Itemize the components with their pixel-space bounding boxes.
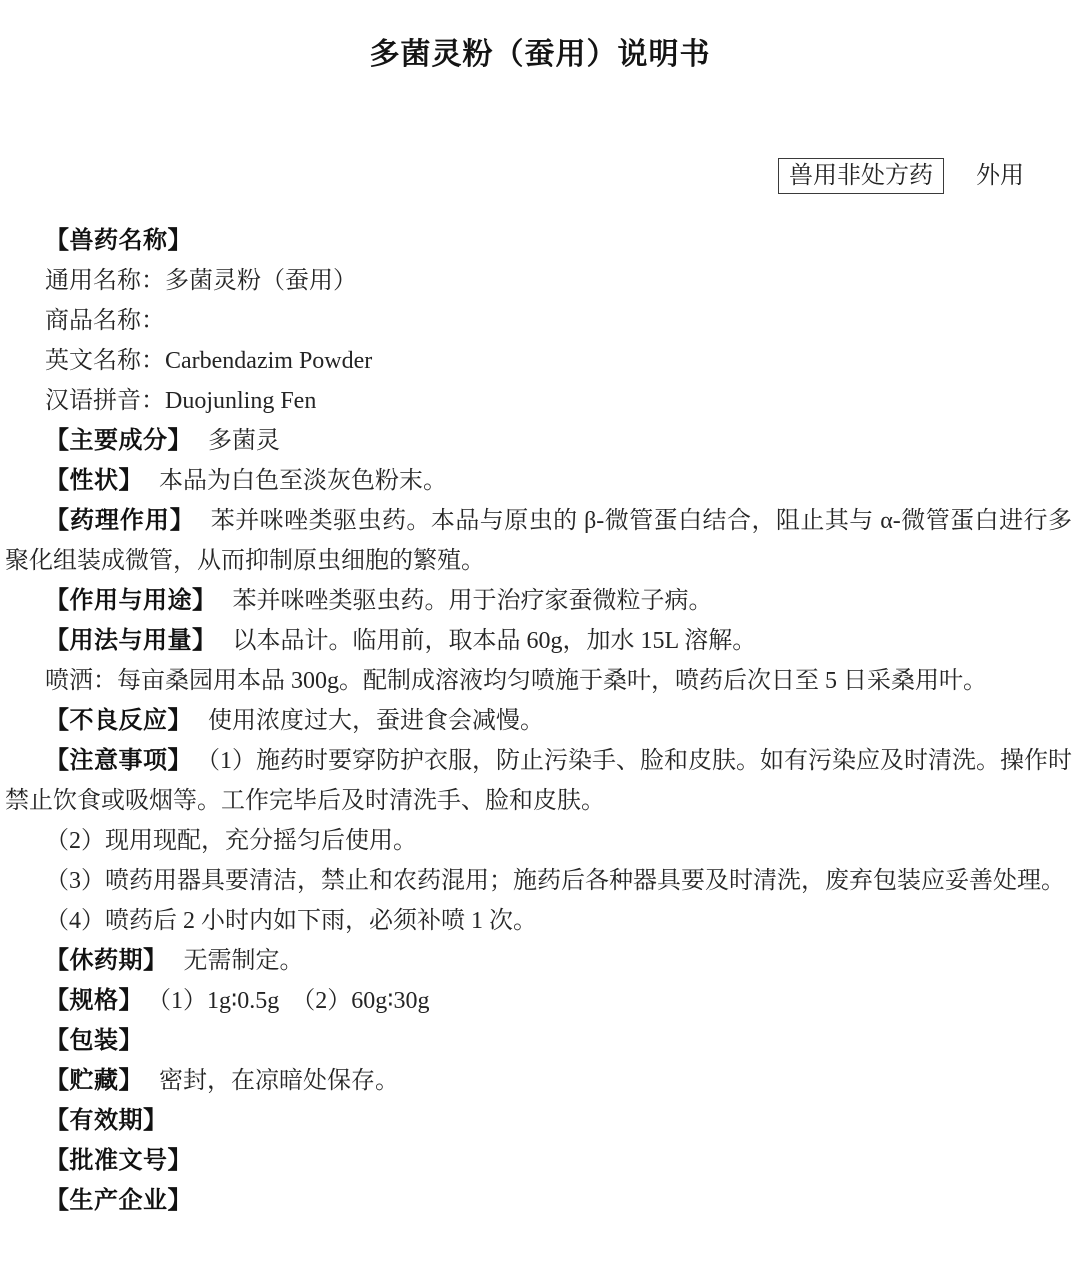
- otc-badge: 兽用非处方药: [778, 158, 944, 194]
- paragraph: 【休药期】无需制定。: [5, 941, 1072, 981]
- section-text: 密封，在凉暗处保存。: [159, 1068, 399, 1094]
- section-text: 英文名称：Carbendazim Powder: [45, 348, 372, 374]
- doc-title: 多菌灵粉（蚕用）说明书: [0, 0, 1080, 76]
- section-label: 【不良反应】: [45, 707, 192, 734]
- section-text: 以本品计。临用前，取本品 60g，加水 15L 溶解。: [233, 628, 757, 654]
- section-text: （2）现用现配，充分摇匀后使用。: [45, 828, 417, 854]
- paragraph: 【药理作用】苯并咪唑类驱虫药。本品与原虫的 β-微管蛋白结合，阻止其与 α-微管…: [5, 501, 1072, 581]
- section-label: 【性状】: [45, 467, 143, 494]
- paragraph: 【注意事项】（1）施药时要穿防护衣服，防止污染手、脸和皮肤。如有污染应及时清洗。…: [5, 741, 1072, 821]
- paragraph: 商品名称：: [5, 301, 1072, 341]
- document-page: 多菌灵粉（蚕用）说明书 兽用非处方药 外用 【兽药名称】通用名称：多菌灵粉（蚕用…: [0, 0, 1080, 1267]
- section-text: 本品为白色至淡灰色粉末。: [159, 468, 447, 494]
- section-label: 【批准文号】: [45, 1147, 192, 1174]
- paragraph: 【主要成分】多菌灵: [5, 421, 1072, 461]
- paragraph: 【贮藏】密封，在凉暗处保存。: [5, 1061, 1072, 1101]
- section-text: 多菌灵: [208, 428, 280, 454]
- paragraph: 喷洒：每亩桑园用本品 300g。配制成溶液均匀喷施于桑叶，喷药后次日至 5 日采…: [5, 661, 1072, 701]
- section-text: 无需制定。: [184, 948, 304, 974]
- section-text: 通用名称：多菌灵粉（蚕用）: [45, 268, 357, 294]
- paragraph: 【规格】（1）1g∶0.5g （2）60g∶30g: [5, 981, 1072, 1021]
- paragraph: 【作用与用途】苯并咪唑类驱虫药。用于治疗家蚕微粒子病。: [5, 581, 1072, 621]
- section-label: 【包装】: [45, 1027, 143, 1054]
- paragraph: 通用名称：多菌灵粉（蚕用）: [5, 261, 1072, 301]
- section-label: 【兽药名称】: [45, 227, 192, 254]
- paragraph: 【性状】本品为白色至淡灰色粉末。: [5, 461, 1072, 501]
- paragraph: 【包装】: [5, 1021, 1072, 1061]
- section-text: （4）喷药后 2 小时内如下雨，必须补喷 1 次。: [45, 908, 537, 934]
- section-label: 【规格】: [45, 987, 143, 1014]
- classification-row: 兽用非处方药 外用: [0, 158, 1080, 194]
- section-text: 汉语拼音：Duojunling Fen: [45, 388, 316, 414]
- section-text: 苯并咪唑类驱虫药。用于治疗家蚕微粒子病。: [233, 588, 713, 614]
- section-label: 【主要成分】: [45, 427, 192, 454]
- section-label: 【注意事项】: [45, 747, 192, 774]
- section-label: 【休药期】: [45, 947, 168, 974]
- paragraph: 英文名称：Carbendazim Powder: [5, 341, 1072, 381]
- paragraph: （3）喷药用器具要清洁，禁止和农药混用；施药后各种器具要及时清洗，废弃包装应妥善…: [5, 861, 1072, 901]
- paragraph: 【用法与用量】以本品计。临用前，取本品 60g，加水 15L 溶解。: [5, 621, 1072, 661]
- paragraph: 【批准文号】: [5, 1141, 1072, 1181]
- paragraph: 【有效期】: [5, 1101, 1072, 1141]
- usage-type-label: 外用: [976, 158, 1024, 194]
- section-label: 【生产企业】: [45, 1187, 192, 1214]
- section-text: 喷洒：每亩桑园用本品 300g。配制成溶液均匀喷施于桑叶，喷药后次日至 5 日采…: [45, 668, 987, 694]
- section-text: 商品名称：: [45, 308, 165, 334]
- paragraph: 【不良反应】使用浓度过大，蚕进食会减慢。: [5, 701, 1072, 741]
- section-text: 使用浓度过大，蚕进食会减慢。: [208, 708, 544, 734]
- paragraph: 汉语拼音：Duojunling Fen: [5, 381, 1072, 421]
- section-label: 【作用与用途】: [45, 587, 217, 614]
- section-label: 【有效期】: [45, 1107, 168, 1134]
- section-label: 【用法与用量】: [45, 627, 217, 654]
- document-body: 【兽药名称】通用名称：多菌灵粉（蚕用）商品名称：英文名称：Carbendazim…: [0, 221, 1080, 1221]
- section-text: （1）1g∶0.5g （2）60g∶30g: [159, 988, 430, 1014]
- paragraph: （4）喷药后 2 小时内如下雨，必须补喷 1 次。: [5, 901, 1072, 941]
- section-label: 【药理作用】: [45, 507, 195, 534]
- paragraph: 【生产企业】: [5, 1181, 1072, 1221]
- section-text: （3）喷药用器具要清洁，禁止和农药混用；施药后各种器具要及时清洗，废弃包装应妥善…: [45, 868, 1065, 894]
- section-label: 【贮藏】: [45, 1067, 143, 1094]
- paragraph: （2）现用现配，充分摇匀后使用。: [5, 821, 1072, 861]
- paragraph: 【兽药名称】: [5, 221, 1072, 261]
